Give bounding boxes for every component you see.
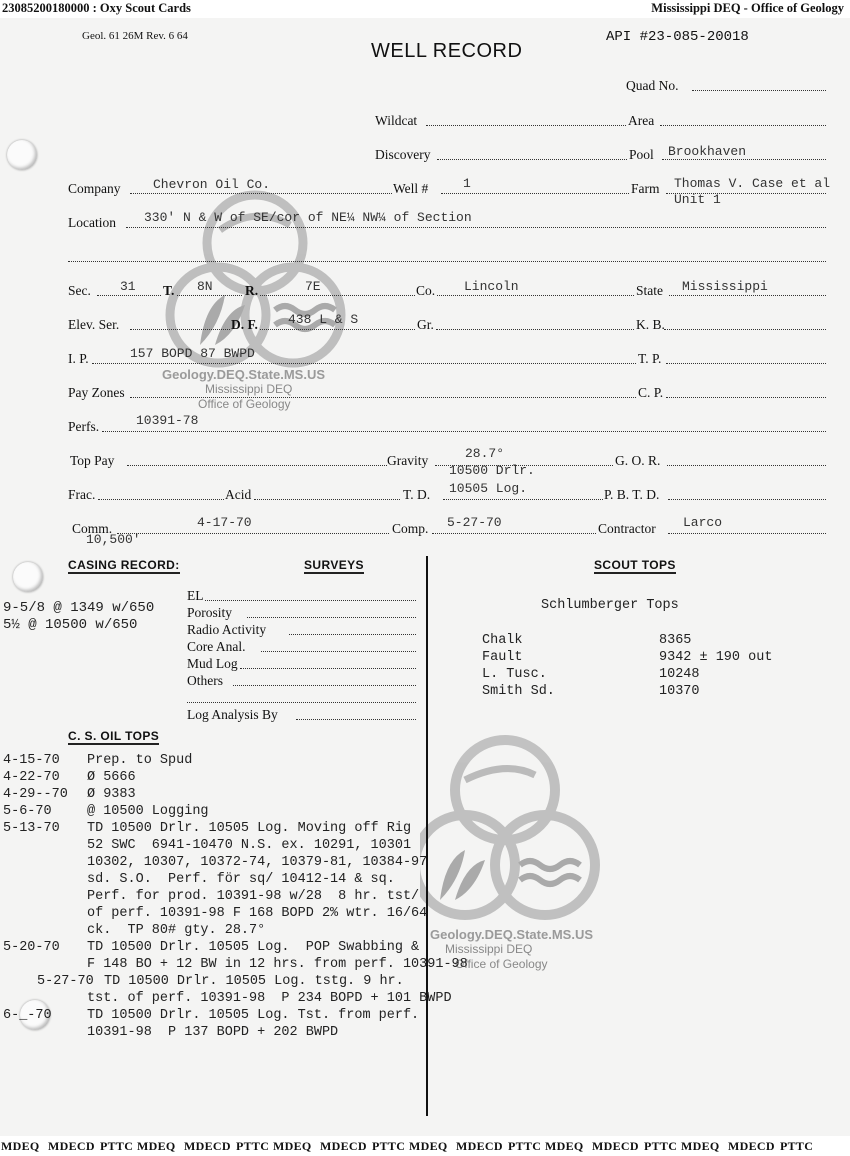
oil-top-entry: TD 10500 Drlr. 10505 Log. tstg. 9 hr. (104, 974, 404, 989)
watermark-text-url: Geology.DEQ.State.MS.US (162, 367, 325, 382)
contractor-value: Larco (683, 515, 722, 530)
scout-top-name: L. Tusc. (482, 667, 547, 682)
punch-hole (13, 562, 43, 592)
td-label: T. D. (403, 487, 430, 503)
contractor-label: Contractor (598, 521, 656, 537)
document-header: 23085200180000 : Oxy Scout Cards Mississ… (0, 0, 850, 18)
scout-top-name: Fault (482, 650, 523, 665)
range-label: R. (245, 283, 258, 299)
state-value: Mississippi (682, 279, 768, 294)
form-number: Geol. 61 26M Rev. 6 64 (82, 30, 188, 42)
farm-label: Farm (631, 181, 660, 197)
area-field[interactable] (660, 125, 826, 126)
footer-tag: PTTC (100, 1139, 133, 1154)
wildcat-field[interactable] (426, 125, 626, 126)
location-label: Location (68, 215, 116, 231)
pbtd-field[interactable] (668, 499, 826, 500)
section-label: Sec. (68, 283, 91, 299)
survey-item-label: EL (187, 588, 204, 604)
footer-tag: PTTC (780, 1139, 813, 1154)
survey-item-label: Core Anal. (187, 639, 246, 655)
range-field[interactable] (260, 295, 415, 296)
well-number-field[interactable] (441, 193, 629, 194)
perfs-value: 10391-78 (136, 413, 198, 428)
acid-field[interactable] (254, 499, 400, 500)
oil-top-entry: TD 10500 Drlr. 10505 Log. Moving off Rig (87, 821, 411, 836)
section-value: 31 (120, 279, 136, 294)
pay-zones-label: Pay Zones (68, 385, 125, 401)
oil-top-date: 5-20-70 (3, 940, 60, 955)
survey-item-label: Others (187, 673, 223, 689)
watermark-text-office: Office of Geology (455, 957, 548, 971)
township-field[interactable] (177, 295, 242, 296)
df-label: D. F. (231, 317, 258, 333)
pbtd-label: P. B. T. D. (604, 487, 659, 503)
frac-field[interactable] (98, 499, 224, 500)
top-pay-label: Top Pay (70, 453, 114, 469)
oil-top-date: 5-13-70 (3, 821, 60, 836)
company-field[interactable] (130, 193, 392, 194)
perfs-label: Perfs. (68, 419, 99, 435)
survey-item-label: Radio Activity (187, 622, 266, 638)
scout-tops-subtitle: Schlumberger Tops (541, 598, 679, 613)
farm-value: Thomas V. Case et al (674, 176, 830, 191)
quad-no-field[interactable] (692, 90, 826, 91)
state-field[interactable] (669, 295, 826, 296)
state-label: State (636, 283, 663, 299)
footer-tag: PTTC (236, 1139, 269, 1154)
footer-tag: MDEQ (1, 1139, 40, 1154)
perfs-field[interactable] (102, 431, 826, 432)
county-label: Co. (416, 283, 435, 299)
pool-field[interactable] (662, 159, 826, 160)
oil-top-entry: F 148 BO + 12 BW in 12 hrs. from perf. 1… (87, 957, 468, 972)
pay-zones-field[interactable] (130, 397, 636, 398)
oil-top-entry: TD 10500 Drlr. 10505 Log. POP Swabbing & (87, 940, 419, 955)
discovery-field[interactable] (437, 159, 627, 160)
gor-label: G. O. R. (615, 453, 660, 469)
cp-field[interactable] (666, 397, 826, 398)
td-value-log: 10505 Log. (449, 481, 527, 496)
ip-label: I. P. (68, 351, 89, 367)
frac-label: Frac. (68, 487, 95, 503)
survey-item-label: Mud Log (187, 656, 238, 672)
column-divider (426, 556, 428, 1116)
scout-top-name: Chalk (482, 633, 523, 648)
survey-item-field[interactable] (261, 651, 416, 652)
ip-value: 157 BOPD 87 BWPD (130, 346, 255, 361)
agency-name: Mississippi DEQ - Office of Geology (651, 1, 844, 16)
df-field[interactable] (260, 329, 415, 330)
gor-field[interactable] (667, 465, 826, 466)
cs-oil-tops-heading: C. S. OIL TOPS (68, 729, 159, 745)
survey-item-field[interactable] (205, 600, 416, 601)
footer-tag: MDEQ (681, 1139, 720, 1154)
footer-tag: MDECD (456, 1139, 503, 1154)
casing-record-heading: CASING RECORD: (68, 558, 180, 574)
td-value-driller: 10500 Drlr. (449, 463, 535, 478)
range-value: 7E (305, 279, 321, 294)
comm-field[interactable] (117, 533, 389, 534)
scout-top-name: Smith Sd. (482, 684, 555, 699)
company-value: Chevron Oil Co. (153, 177, 270, 192)
oil-top-entry: of perf. 10391-98 F 168 BOPD 2% wtr. 16/… (87, 906, 427, 921)
footer-tag: MDECD (592, 1139, 639, 1154)
footer-tag: MDEQ (409, 1139, 448, 1154)
oil-top-date: 5-27-70 (37, 974, 94, 989)
footer-tag: MDECD (728, 1139, 775, 1154)
survey-item-field[interactable] (233, 685, 416, 686)
location-value: 330' N & W of SE/cor of NE¼ NW¼ of Secti… (144, 210, 472, 225)
contractor-field[interactable] (668, 533, 826, 534)
footer-tag: PTTC (644, 1139, 677, 1154)
section-field[interactable] (97, 295, 161, 296)
cp-label: C. P. (638, 385, 663, 401)
county-value: Lincoln (464, 279, 519, 294)
scout-top-depth: 9342 ± 190 out (659, 650, 772, 665)
footer-tag: MDECD (320, 1139, 367, 1154)
well-number-label: Well # (393, 181, 428, 197)
footer-tag: MDECD (184, 1139, 231, 1154)
api-number: API #23-085-20018 (606, 29, 749, 45)
wildcat-label: Wildcat (375, 113, 417, 129)
comp-label: Comp. (392, 521, 428, 537)
oil-top-entry: tst. of perf. 10391-98 P 234 BOPD + 101 … (87, 991, 452, 1006)
oil-top-date: 4-15-70 (3, 753, 60, 768)
farm-value-line2: Unit 1 (674, 192, 721, 207)
township-label: T. (163, 283, 174, 299)
county-field[interactable] (437, 295, 634, 296)
oil-top-entry: 10302, 10307, 10372-74, 10379-81, 10384-… (87, 855, 427, 870)
top-pay-field[interactable] (127, 465, 387, 466)
township-value: 8N (197, 279, 213, 294)
scout-top-depth: 10248 (659, 667, 700, 682)
footer-tag: MDEQ (137, 1139, 176, 1154)
well-number-value: 1 (463, 176, 471, 191)
survey-item-field[interactable] (240, 668, 416, 669)
elev-ser-field[interactable] (130, 329, 230, 330)
oil-top-entry: Ø 9383 (87, 787, 136, 802)
footer-tag: PTTC (372, 1139, 405, 1154)
watermark-text-url: Geology.DEQ.State.MS.US (430, 927, 593, 942)
tp-label: T. P. (638, 351, 661, 367)
survey-item-label: Log Analysis By (187, 707, 278, 723)
acid-label: Acid (225, 487, 251, 503)
casing-line: 9-5/8 @ 1349 w/650 (3, 600, 154, 616)
watermark-logo-icon (420, 735, 620, 935)
oil-top-entry: 52 SWC 6941-10470 N.S. ex. 10291, 10301 (87, 838, 411, 853)
comp-value: 5-27-70 (447, 515, 502, 530)
footer-tag: PTTC (508, 1139, 541, 1154)
survey-item-label: Porosity (187, 605, 232, 621)
oil-top-date: 4-22-70 (3, 770, 60, 785)
oil-top-date: 4-29--70 (3, 787, 68, 802)
ip-field[interactable] (92, 363, 636, 364)
td-field[interactable] (443, 499, 603, 500)
survey-item-field[interactable] (289, 634, 416, 635)
surveys-heading: SURVEYS (304, 558, 364, 574)
survey-item-field[interactable] (296, 719, 416, 720)
location-field-line2[interactable] (68, 261, 826, 262)
oil-top-entry: Ø 5666 (87, 770, 136, 785)
comm-note: 10,500' (86, 532, 141, 547)
kb-field[interactable] (664, 329, 826, 330)
survey-item-field[interactable] (187, 702, 416, 703)
quad-no-label: Quad No. (626, 78, 679, 94)
form-title: WELL RECORD (371, 40, 522, 63)
footer-tag: MDEQ (273, 1139, 312, 1154)
survey-item-field[interactable] (247, 617, 416, 618)
watermark-text-agency: Mississippi DEQ (205, 382, 292, 396)
oil-top-date: 6-_-70 (3, 1008, 52, 1023)
oil-top-entry: ck. TP 80# gty. 28.7° (87, 923, 265, 938)
gr-field[interactable] (436, 329, 634, 330)
document-id-title: 23085200180000 : Oxy Scout Cards (2, 1, 191, 16)
scout-tops-heading: SCOUT TOPS (594, 558, 676, 574)
oil-top-entry: 10391-98 P 137 BOPD + 202 BWPD (87, 1025, 338, 1040)
gr-label: Gr. (417, 317, 434, 333)
casing-line: 5½ @ 10500 w/650 (3, 617, 137, 633)
discovery-label: Discovery (375, 147, 430, 163)
company-label: Company (68, 181, 121, 197)
footer-tag: MDEQ (545, 1139, 584, 1154)
location-field[interactable] (126, 227, 826, 228)
area-label: Area (628, 113, 654, 129)
comm-value: 4-17-70 (197, 515, 252, 530)
document-footer: MDEQMDECDPTTCMDEQMDECDPTTCMDEQMDECDPTTCM… (0, 1137, 850, 1156)
tp-field[interactable] (666, 363, 826, 364)
scout-top-depth: 10370 (659, 684, 700, 699)
footer-tag: MDECD (48, 1139, 95, 1154)
watermark-text-agency: Mississippi DEQ (445, 942, 532, 956)
gravity-value: 28.7° (465, 446, 504, 461)
punch-hole (7, 140, 37, 170)
pool-label: Pool (629, 147, 654, 163)
oil-top-entry: Prep. to Spud (87, 753, 192, 768)
gravity-label: Gravity (387, 453, 428, 469)
elev-ser-label: Elev. Ser. (68, 317, 119, 333)
oil-top-date: 5-6-70 (3, 804, 52, 819)
kb-label: K. B. (636, 317, 665, 333)
comp-field[interactable] (432, 533, 596, 534)
pool-value: Brookhaven (668, 144, 746, 159)
watermark-text-office: Office of Geology (198, 397, 291, 411)
oil-top-entry: sd. S.O. Perf. för sq/ 10412-14 & sq. (87, 872, 395, 887)
oil-top-entry: @ 10500 Logging (87, 804, 209, 819)
oil-top-entry: Perf. for prod. 10391-98 w/28 8 hr. tst/ (87, 889, 419, 904)
scout-top-depth: 8365 (659, 633, 691, 648)
df-value: 438 L & S (288, 312, 358, 327)
oil-top-entry: TD 10500 Drlr. 10505 Log. Tst. from perf… (87, 1008, 419, 1023)
